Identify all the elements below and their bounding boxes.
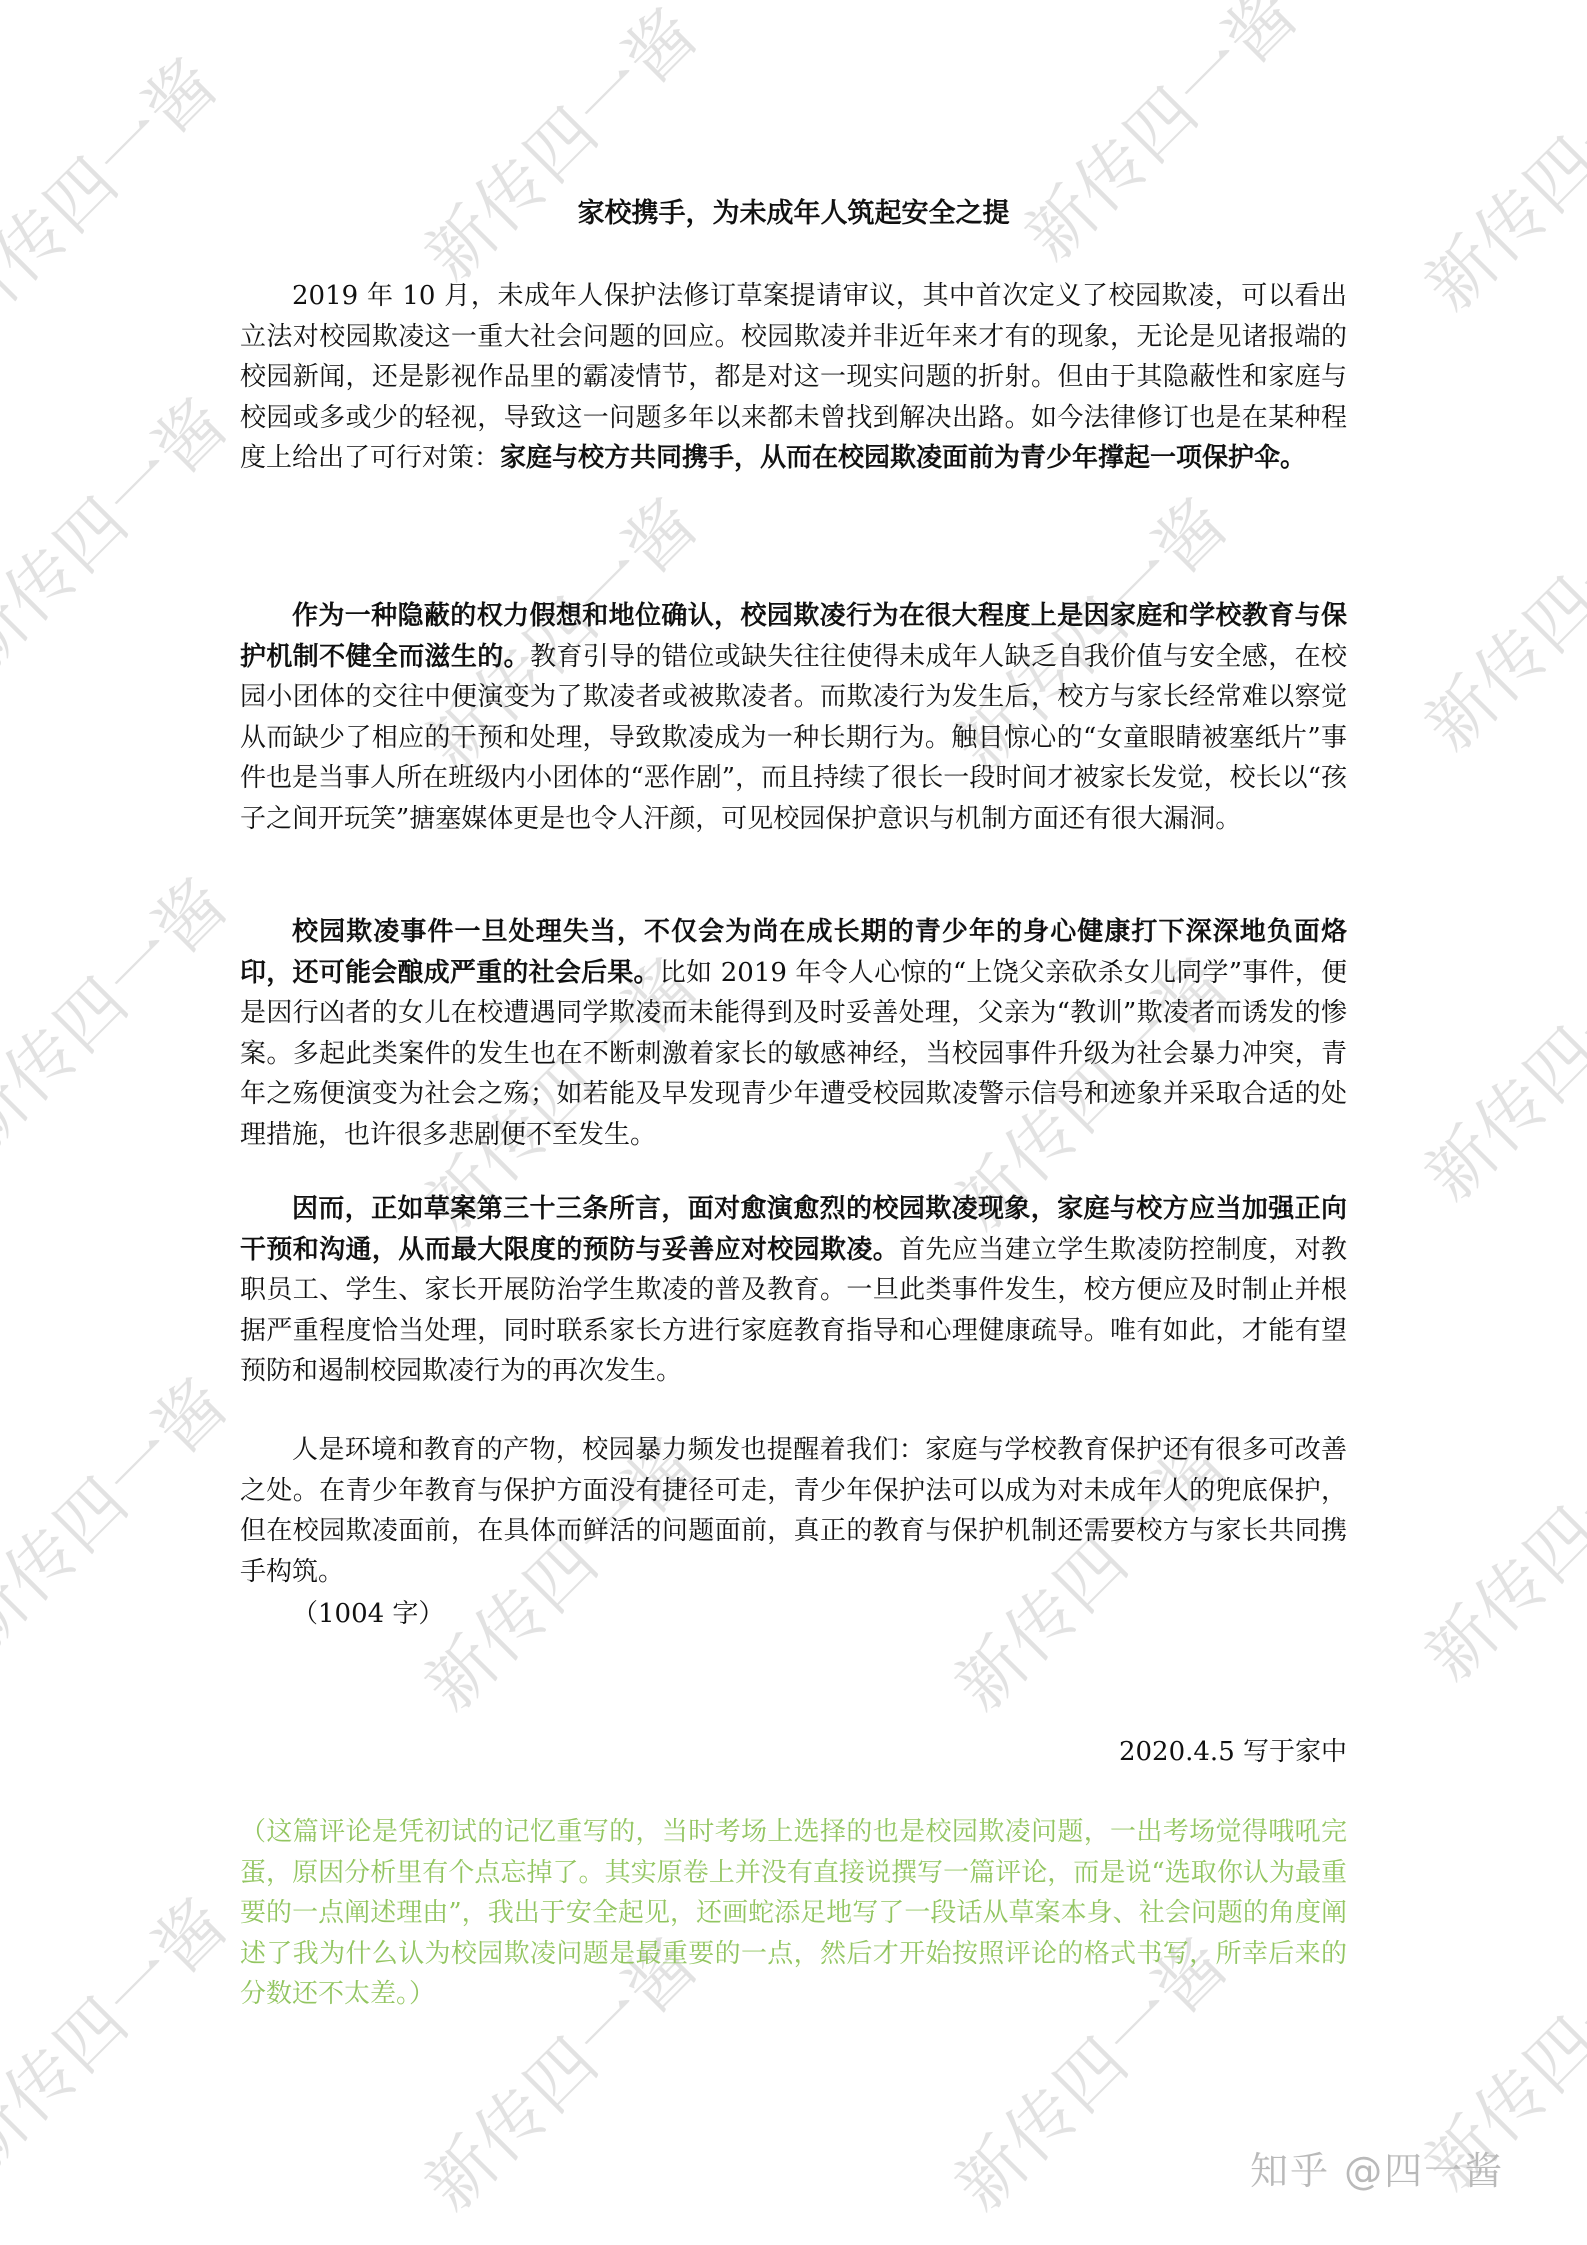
paragraph-4: 因而，正如草案第三十三条所言，面对愈演愈烈的校园欺凌现象，家庭与校方应当加强正向…: [240, 1189, 1347, 1392]
watermark-text: 新传四一酱: [0, 853, 246, 1169]
word-count: （1004 字）: [292, 1596, 444, 1632]
paragraph-1: 2019 年 10 月，未成年人保护法修订草案提请审议，其中首次定义了校园欺凌，…: [240, 276, 1347, 479]
watermark-text: 新传四一酱: [1400, 903, 1587, 1219]
paragraph-5: 人是环境和教育的产物，校园暴力频发也提醒着我们：家庭与学校教育保护还有很多可改善…: [240, 1430, 1347, 1592]
watermark-text: 新传四一酱: [0, 373, 246, 689]
watermark-text: 新传四一酱: [1000, 0, 1316, 279]
paragraph-3: 校园欺凌事件一旦处理失当，不仅会为尚在成长期的青少年的身心健康打下深深地负面烙印…: [240, 912, 1347, 1155]
document-title: 家校携手，为未成年人筑起安全之提: [240, 196, 1347, 232]
watermark-text: 新传四一酱: [0, 33, 236, 349]
watermark-text: 新传四一酱: [1400, 453, 1587, 769]
watermark-text: 新传四一酱: [400, 0, 716, 299]
paragraph-bold-tail: 家庭与校方共同携手，从而在校园欺凌面前为青少年撑起一项保护伞。: [500, 443, 1306, 473]
watermark-text: 新传四一酱: [0, 1873, 246, 2189]
signature-date: 2020.4.5 写于家中: [1119, 1734, 1347, 1770]
zhihu-credit-watermark: 知乎 @四一酱: [1250, 2140, 1504, 2195]
paragraph-2: 作为一种隐蔽的权力假想和地位确认，校园欺凌行为在很大程度上是因家庭和学校教育与保…: [240, 596, 1347, 839]
paragraph-text: 人是环境和教育的产物，校园暴力频发也提醒着我们：家庭与学校教育保护还有很多可改善…: [240, 1435, 1347, 1587]
watermark-text: 新传四一酱: [1400, 13, 1587, 329]
watermark-text: 新传四一酱: [1400, 1383, 1587, 1699]
watermark-text: 新传四一酱: [0, 1353, 246, 1669]
author-note: （这篇评论是凭初试的记忆重写的，当时考场上选择的也是校园欺凌问题，一出考场觉得哦…: [240, 1812, 1347, 2015]
